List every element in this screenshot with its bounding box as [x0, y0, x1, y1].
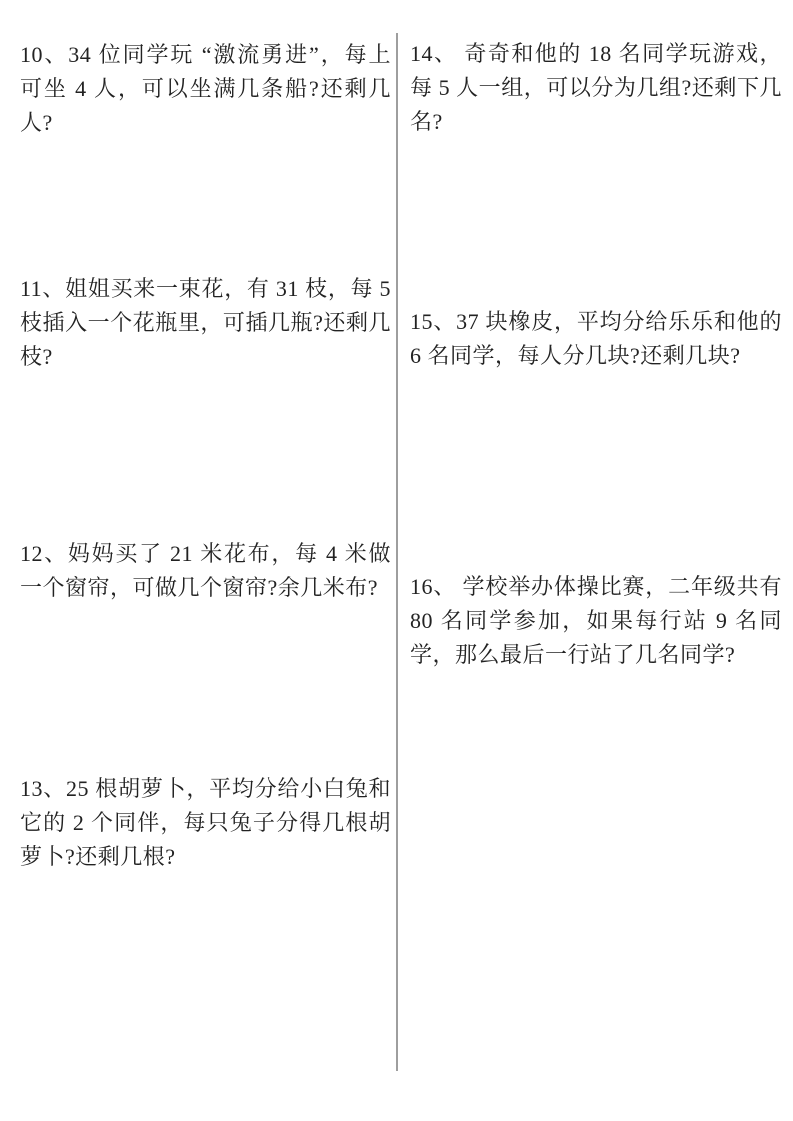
problem-11-text: 11、姐姐买来一束花，有 31 枝，每 5 枝插入一个花瓶里，可插几瓶?还剩几枝…	[20, 272, 391, 374]
problem-10: 10、34 位同学玩 “激流勇进”，每上可坐 4 人，可以坐满几条船?还剩几人?	[20, 38, 391, 140]
problem-15-text: 15、37 块橡皮，平均分给乐乐和他的 6 名同学，每人分几块?还剩几块?	[410, 305, 782, 373]
column-divider	[396, 33, 398, 1071]
problem-10-text: 10、34 位同学玩 “激流勇进”，每上可坐 4 人，可以坐满几条船?还剩几人?	[20, 38, 391, 140]
problem-12: 12、妈妈买了 21 米花布，每 4 米做一个窗帘，可做几个窗帘?余几米布?	[20, 537, 391, 605]
problem-15: 15、37 块橡皮，平均分给乐乐和他的 6 名同学，每人分几块?还剩几块?	[410, 305, 782, 373]
problem-14: 14、 奇奇和他的 18 名同学玩游戏，每 5 人一组，可以分为几组?还剩下几名…	[410, 37, 782, 139]
problem-13: 13、25 根胡萝卜，平均分给小白兔和它的 2 个同伴，每只兔子分得几根胡萝卜?…	[20, 772, 391, 874]
problem-12-text: 12、妈妈买了 21 米花布，每 4 米做一个窗帘，可做几个窗帘?余几米布?	[20, 537, 391, 605]
problem-14-text: 14、 奇奇和他的 18 名同学玩游戏，每 5 人一组，可以分为几组?还剩下几名…	[410, 37, 782, 139]
problem-16-text: 16、 学校举办体操比赛，二年级共有 80 名同学参加，如果每行站 9 名同学，…	[410, 570, 782, 672]
problem-16: 16、 学校举办体操比赛，二年级共有 80 名同学参加，如果每行站 9 名同学，…	[410, 570, 782, 672]
worksheet-page: 10、34 位同学玩 “激流勇进”，每上可坐 4 人，可以坐满几条船?还剩几人?…	[0, 0, 793, 1121]
problem-13-text: 13、25 根胡萝卜，平均分给小白兔和它的 2 个同伴，每只兔子分得几根胡萝卜?…	[20, 772, 391, 874]
problem-11: 11、姐姐买来一束花，有 31 枝，每 5 枝插入一个花瓶里，可插几瓶?还剩几枝…	[20, 272, 391, 374]
